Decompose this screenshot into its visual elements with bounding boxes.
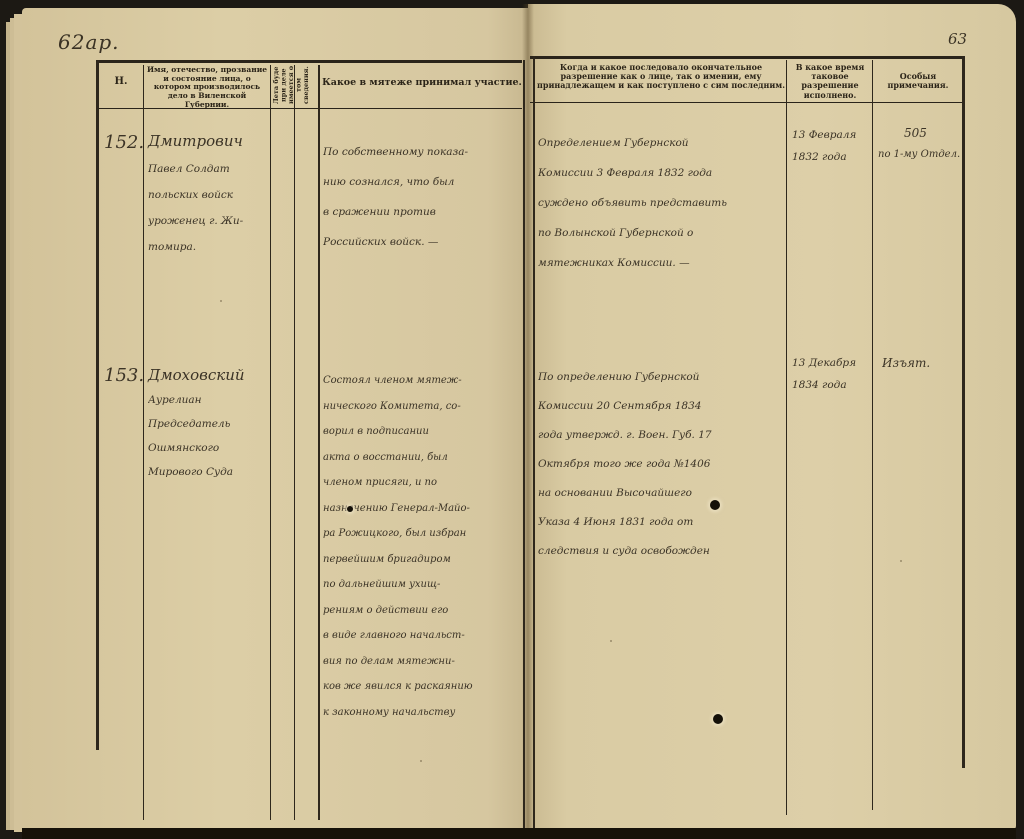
- participation-line: к законному начальству: [323, 700, 521, 726]
- resolution-line: по Волынской Губернской о: [538, 218, 785, 248]
- participation-line: Российских войск. —: [323, 227, 521, 257]
- name-line: Павел Солдат: [148, 156, 268, 182]
- entry-notes: 505 по 1-му Отдел.: [878, 122, 962, 166]
- participation-line: ков же явился к раскаянию: [323, 674, 521, 700]
- paper-speck: [900, 560, 902, 562]
- left-border-rule: [96, 60, 99, 750]
- column-rule: [318, 65, 320, 820]
- entry-participation: Состоял членом мятеж- нического Комитета…: [323, 368, 521, 725]
- resolution-line: Октября того же года №1406: [538, 450, 785, 479]
- header-executed: В какое время таковое разрешение исполне…: [788, 63, 872, 100]
- participation-line: по дальнейшим ухищ-: [323, 572, 521, 598]
- column-rule: [872, 60, 873, 810]
- participation-line: рениям о действии его: [323, 598, 521, 624]
- entry-participation: По собственному показа- нию сознался, чт…: [323, 137, 521, 257]
- resolution-line: на основании Высочайшего: [538, 479, 785, 508]
- left-page-folio-mark: 62ар.: [58, 30, 120, 54]
- right-page-folio-number: 63: [948, 30, 967, 48]
- name-line: польских войск: [148, 182, 268, 208]
- entry-surname: Дмитрович: [148, 132, 243, 150]
- notes-line: по 1-му Отдел.: [878, 144, 962, 166]
- executed-line: 1834 года: [792, 374, 872, 396]
- participation-line: в сражении против: [323, 197, 521, 227]
- right-border-rule: [962, 56, 965, 768]
- header-top-rule: [530, 56, 962, 59]
- entry-executed-date: 13 Декабря 1834 года: [792, 352, 872, 396]
- participation-line: ра Рожицкого, был избран: [323, 521, 521, 547]
- participation-line: нического Комитета, со-: [323, 394, 521, 420]
- header-top-rule: [96, 60, 522, 63]
- right-border-rule: [523, 60, 525, 830]
- header-name: Имя, отечество, прозвание и состояние ли…: [146, 66, 268, 109]
- participation-line: членом присяги, и по: [323, 470, 521, 496]
- participation-line: акта о восстании, был: [323, 445, 521, 471]
- entry-number: 152.: [104, 132, 144, 153]
- entry-executed-date: 13 Февраля 1832 года: [792, 124, 872, 168]
- resolution-line: суждено объявить представить: [538, 188, 785, 218]
- resolution-line: Комиссии 3 Февраля 1832 года: [538, 158, 785, 188]
- header-bottom-rule: [530, 102, 962, 103]
- header-resolution: Когда и какое последовало окончательное …: [537, 63, 785, 91]
- executed-line: 1832 года: [792, 146, 872, 168]
- entry-notes: Изъят.: [882, 352, 962, 374]
- executed-line: 13 Декабря: [792, 352, 872, 374]
- column-rule: [294, 65, 295, 820]
- paper-speck: [420, 760, 422, 762]
- participation-line: По собственному показа-: [323, 137, 521, 167]
- scanned-ledger-spread: 62ар. 63 Н. Имя, отечество, прозвание и …: [0, 0, 1024, 839]
- header-participation: Какое в мятеже принимал участие.: [322, 78, 522, 89]
- notes-line: Изъят.: [882, 352, 962, 374]
- entry-resolution: Определением Губернской Комиссии 3 Февра…: [538, 128, 785, 278]
- resolution-line: мятежниках Комиссии. —: [538, 248, 785, 278]
- notes-line: 505: [878, 122, 962, 144]
- name-line: томира.: [148, 234, 268, 260]
- resolution-line: года утвержд. г. Воен. Губ. 17: [538, 421, 785, 450]
- name-line: Председатель: [148, 412, 268, 436]
- header-number: Н.: [100, 76, 142, 88]
- resolution-line: Указа 4 Июня 1831 года от: [538, 508, 785, 537]
- header-notes: Особыя примечания.: [874, 72, 962, 90]
- binding-hole: [713, 714, 723, 724]
- participation-line: первейшим бригадиром: [323, 547, 521, 573]
- name-line: Ошмянского: [148, 436, 268, 460]
- entry-surname: Дмоховский: [148, 366, 245, 384]
- column-rule: [533, 56, 535, 831]
- binding-hole: [710, 500, 720, 510]
- paper-speck: [220, 300, 222, 302]
- executed-line: 13 Февраля: [792, 124, 872, 146]
- header-vertical: Лета буде при деле имеется о том сведени…: [273, 63, 292, 107]
- name-line: уроженец г. Жи-: [148, 208, 268, 234]
- participation-line: вия по делам мятежни-: [323, 649, 521, 675]
- ink-blot: [347, 506, 353, 512]
- entry-name-lines: Павел Солдат польских войск уроженец г. …: [148, 156, 268, 260]
- name-line: Мирового Суда: [148, 460, 268, 484]
- participation-line: Состоял членом мятеж-: [323, 368, 521, 394]
- name-line: Аурелиан: [148, 388, 268, 412]
- participation-line: нию сознался, что был: [323, 167, 521, 197]
- participation-line: в виде главного начальст-: [323, 623, 521, 649]
- resolution-line: Комиссии 20 Сентября 1834: [538, 392, 785, 421]
- resolution-line: По определению Губернской: [538, 363, 785, 392]
- resolution-line: Определением Губернской: [538, 128, 785, 158]
- entry-resolution: По определению Губернской Комиссии 20 Се…: [538, 363, 785, 566]
- entry-name-lines: Аурелиан Председатель Ошмянского Мировог…: [148, 388, 268, 484]
- column-rule: [270, 65, 271, 820]
- column-rule: [786, 60, 787, 815]
- column-rule: [143, 65, 144, 820]
- entry-number: 153.: [104, 365, 144, 386]
- paper-speck: [610, 640, 612, 642]
- participation-line: ворил в подписании: [323, 419, 521, 445]
- resolution-line: следствия и суда освобожден: [538, 537, 785, 566]
- book-bottom-shadow: [22, 828, 1016, 839]
